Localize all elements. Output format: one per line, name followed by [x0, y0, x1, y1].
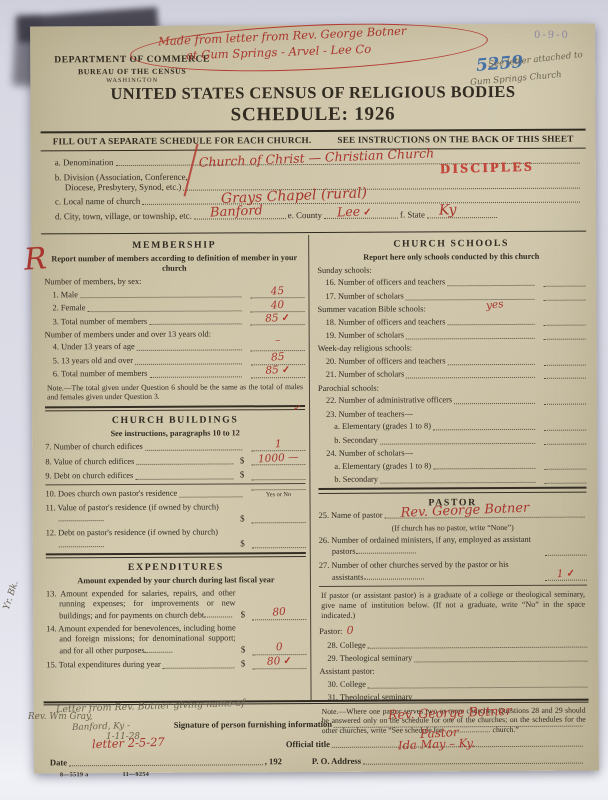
question-10-label: 10. Does church own pastor's residence: [45, 489, 177, 500]
question-10-hint: Yes or No: [266, 491, 291, 499]
question-23b-row: b. Secondary: [318, 434, 586, 445]
official-title-row: Official title: [286, 738, 585, 750]
state-value: Ky: [439, 201, 457, 218]
question-26-row: 26. Number of ordained ministers, if any…: [319, 534, 587, 557]
question-30-label: 30. College: [319, 680, 366, 690]
double-rule: [46, 552, 306, 559]
section-rule: [41, 231, 586, 235]
division-label-line2: Diocese, Presbytery, Synod, etc.): [65, 181, 182, 192]
question-20-label: 20. Number of officers and teachers: [318, 356, 446, 367]
signature-row: Signature of person furnishing informati…: [174, 718, 585, 730]
po-address-row: P. O. Address: [312, 755, 585, 766]
agency-block: DEPARTMENT OF COMMERCE BUREAU OF THE CEN…: [54, 55, 210, 85]
question-23-label: 23. Number of teachers—: [318, 408, 586, 419]
form-number-left: 8—5519 a: [60, 772, 89, 778]
question-11-row: 11. Value of pastor's residence (if owne…: [46, 502, 306, 525]
question-3-label: 3. Total number of members: [45, 316, 148, 326]
question-25-hint: (If church has no pastor, write “None”): [319, 522, 587, 533]
question-20-row: 20. Number of officers and teachers: [318, 355, 586, 366]
right-column: CHURCH SCHOOLS Report here only schools …: [317, 235, 588, 740]
group-parochial-schools: Parochial schools:: [318, 382, 586, 393]
local-name-label: c. Local name of church: [55, 196, 140, 206]
question-25-row: 25. Name of pastorRev. George Botner: [319, 509, 587, 520]
question-21-answer: [544, 378, 586, 379]
question-12-row: 12. Debt on pastor's residence (if owned…: [46, 527, 306, 550]
question-11-answer: [252, 522, 306, 523]
pastor-graduate-answer: 0: [347, 624, 354, 637]
pastor-answer-row: Pastor: 0: [319, 624, 587, 638]
membership-subtitle: Report number of members according to de…: [50, 253, 298, 275]
margin-yearbook-note: Yr. Bk.: [2, 580, 21, 612]
expenditures-title: EXPENDITURES: [46, 561, 306, 574]
city-label: d. City, town, village, or township, etc…: [55, 210, 192, 221]
group-weekday-schools: Week-day religious schools:: [318, 343, 586, 354]
question-8-row: 8. Value of church edifices$1000 —: [45, 455, 305, 467]
date-year: , 192: [265, 756, 282, 766]
question-23a-answer: [544, 430, 586, 431]
question-6-row: 6. Total number of members85✓: [45, 368, 305, 379]
county-check: ✓: [360, 207, 372, 218]
question-15-answer: 80✓: [252, 668, 306, 669]
question-3-answer: 85✓: [251, 324, 305, 325]
question-10-row: 10. Does church own pastor's residenceYe…: [45, 488, 305, 499]
question-15-label: 15. Total expenditures during year: [46, 660, 160, 670]
question-16-row: 16. Number of officers and teachers: [317, 277, 585, 288]
signature-label: Signature of person furnishing informati…: [174, 719, 332, 730]
dollar-sign: $: [240, 455, 245, 466]
question-27-row: 27. Number of other churches served by t…: [319, 559, 587, 582]
question-1-label: 1. Male: [44, 290, 78, 300]
dollar-sign: $: [240, 469, 245, 480]
double-rule: [318, 487, 586, 494]
question-24a-answer: [544, 469, 586, 470]
question-21-label: 21. Number of scholars: [318, 370, 404, 380]
question-19-answer: [544, 339, 586, 340]
county-value: Lee✓: [337, 203, 372, 219]
question-2-label: 2. Female: [44, 303, 85, 313]
question-17-answer: [543, 299, 585, 300]
instruction-bar-text2: SEE INSTRUCTIONS ON THE BACK OF THIS SHE…: [337, 134, 573, 145]
question-19-label: 19. Number of scholars: [318, 331, 404, 341]
question-28-row: 28. College: [319, 639, 587, 650]
question-8-answer: 1000 —: [251, 464, 305, 465]
field-denomination: a. Denomination Church of Christ — Chris…: [55, 155, 582, 168]
question-6-answer: 85✓: [251, 377, 305, 378]
question-20-answer: [544, 364, 586, 365]
column-divider: [308, 235, 312, 700]
expenditures-subtitle: Amount expended by your church during la…: [52, 575, 300, 587]
dollar-sign: $: [240, 538, 245, 549]
question-1-row: 1. Male45: [44, 288, 304, 299]
question-5-label: 5. 13 years old and over: [45, 356, 133, 366]
county-label: e. County: [288, 209, 322, 219]
question-26-label: 26. Number of ordained ministers, if any…: [319, 534, 531, 556]
question-11-label: 11. Value of pastor's residence (if owne…: [46, 502, 219, 512]
question-13-row: 13. Amount expended for salaries, repair…: [46, 588, 306, 621]
question-6-label: 6. Total number of members: [45, 369, 148, 379]
question-22-label: 22. Number of administrative officers: [318, 396, 452, 407]
question-18-answer: [544, 325, 586, 326]
department-name: DEPARTMENT OF COMMERCE: [54, 55, 210, 68]
dollar-sign: $: [241, 609, 246, 620]
form-schedule-year: SCHEDULE: 1926: [30, 103, 595, 128]
date-label: Date: [50, 757, 67, 767]
group-summer-schools: Summer vacation Bible schools:: [318, 304, 586, 315]
census-form-paper: DEPARTMENT OF COMMERCE BUREAU OF THE CEN…: [30, 24, 599, 774]
thin-rule: [45, 483, 305, 485]
church-schools-subtitle: Report here only schools conducted by th…: [323, 251, 579, 263]
group-sunday-schools: Sunday schools:: [317, 264, 585, 275]
question-14-label: 14. Amount expended for benevolences, in…: [46, 624, 236, 656]
form-numbers: 8—5519 a11—9254: [60, 772, 183, 779]
question-18-label: 18. Number of officers and teachers: [318, 317, 446, 328]
question-24b-label: b. Secondary: [334, 475, 378, 485]
question-9-row: 9. Debt on church edifices$: [45, 469, 305, 481]
membership-title: MEMBERSHIP: [44, 239, 304, 252]
dollar-sign: $: [241, 659, 246, 670]
question-24b-answer: [544, 482, 586, 483]
question-14-row: 14. Amount expended for benevolences, in…: [46, 623, 306, 656]
church-schools-title: CHURCH SCHOOLS: [317, 238, 585, 251]
graduate-note: If pastor (or assistant pastor) is a gra…: [321, 590, 585, 621]
assistant-pastor-label: Assistant pastor:: [319, 666, 587, 677]
question-16-label: 16. Number of officers and teachers: [317, 278, 445, 289]
dollar-sign: $: [240, 513, 245, 524]
question-24b-row: b. Secondary: [318, 473, 586, 484]
question-8-label: 8. Value of church edifices: [45, 456, 134, 466]
thin-rule: [319, 585, 587, 587]
form-title: UNITED STATES CENSUS OF RELIGIOUS BODIES: [30, 82, 595, 105]
question-24a-row: a. Elementary (grades 1 to 8): [318, 460, 586, 471]
question-22-row: 22. Number of administrative officers: [318, 395, 586, 406]
official-title-label: Official title: [286, 739, 330, 749]
left-column: MEMBERSHIP Report number of members acco…: [44, 236, 306, 674]
question-17-row: 17. Number of scholars: [317, 290, 585, 301]
instruction-bar-text1: FILL OUT A SEPARATE SCHEDULE FOR EACH CH…: [53, 135, 312, 146]
question-24a-label: a. Elementary (grades 1 to 8): [334, 461, 431, 471]
question-12-label: 12. Debt on pastor's residence (if owned…: [46, 527, 218, 537]
field-local-name: c. Local name of church Grays Chapel (ru…: [55, 194, 582, 207]
question-13-answer: 80: [252, 619, 306, 620]
question-22-answer: [544, 404, 586, 405]
double-rule: [45, 405, 305, 412]
church-buildings-subtitle: See instructions, paragraphs 10 to 12: [51, 428, 299, 440]
question-18-row: 18. Number of officers and teachers: [318, 316, 586, 327]
dollar-sign: $: [241, 644, 246, 655]
question-2-row: 2. Female40: [44, 302, 304, 313]
question-16-answer: [543, 286, 585, 287]
question-7-row: 7. Number of church edifices1: [45, 441, 305, 452]
question-26-answer: [545, 555, 587, 556]
question-4-label: 4. Under 13 years of age: [45, 342, 135, 352]
question-23a-label: a. Elementary (grades 1 to 8): [334, 422, 431, 432]
question-25-label: 25. Name of pastor: [319, 510, 383, 520]
church-buildings-title: CHURCH BUILDINGS: [45, 415, 305, 428]
question-23a-row: a. Elementary (grades 1 to 8): [318, 421, 586, 432]
state-label: f. State: [400, 209, 425, 219]
instruction-bar: FILL OUT A SEPARATE SCHEDULE FOR EACH CH…: [41, 129, 586, 152]
question-23b-label: b. Secondary: [334, 435, 378, 445]
question-19-row: 19. Number of scholars: [318, 330, 586, 341]
denomination-label: a. Denomination: [55, 157, 114, 167]
question-10-answer: [251, 489, 305, 490]
question-9-label: 9. Debt on church edifices: [45, 471, 133, 481]
question-9-answer: [251, 479, 305, 480]
question-12-answer: [252, 547, 306, 548]
question-29-row: 29. Theological seminary: [319, 653, 587, 664]
pastor-label: Pastor:: [319, 627, 342, 636]
po-address-label: P. O. Address: [312, 756, 361, 766]
question-23b-answer: [544, 443, 586, 444]
question-7-label: 7. Number of church edifices: [45, 442, 143, 452]
date-row: Date, 192: [50, 756, 282, 767]
question-17-label: 17. Number of scholars: [317, 291, 403, 301]
city-value: Banford: [210, 203, 263, 220]
field-city-county-state: d. City, town, village, or township, etc…: [55, 208, 582, 221]
question-30-row: 30. College: [319, 678, 587, 689]
question-29-label: 29. Theological seminary: [319, 654, 412, 664]
question-27-answer: 1✓: [545, 580, 587, 581]
question-24-label: 24. Number of scholars—: [318, 448, 586, 459]
question-3-row: 3. Total number of members85✓: [45, 315, 305, 326]
question-21-row: 21. Number of scholars: [318, 369, 586, 380]
form-number-right: 11—9254: [123, 772, 150, 778]
identification-block: a. Denomination Church of Christ — Chris…: [55, 155, 582, 226]
membership-note: Note.—The total given under Question 6 s…: [47, 382, 303, 403]
question-15-row: 15. Total expenditures during year$80✓: [46, 658, 306, 670]
question-28-label: 28. College: [319, 640, 366, 650]
